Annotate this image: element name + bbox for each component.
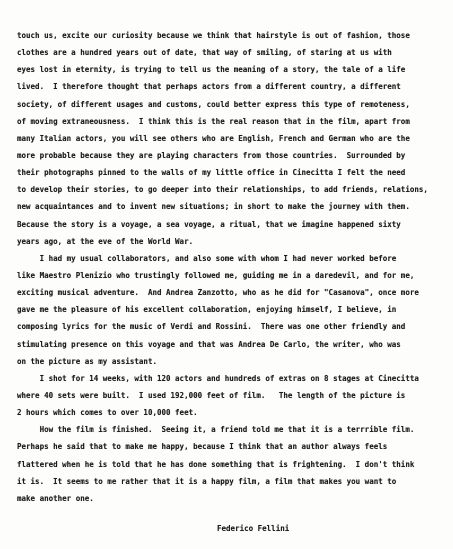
text-line: stimulating presence on this voyage and … bbox=[17, 336, 437, 353]
text-line: gave me the pleasure of his excellent co… bbox=[17, 301, 437, 318]
text-line: society, of different usages and customs… bbox=[17, 96, 437, 113]
text-line: many Italian actors, you will see others… bbox=[17, 130, 437, 147]
typewritten-text: touch us, excite our curiosity because w… bbox=[17, 27, 437, 507]
text-line: to develop their stories, to go deeper i… bbox=[17, 181, 437, 198]
text-line: where 40 sets were built. I used 192,000… bbox=[17, 387, 437, 404]
text-line: new acquaintances and to invent new situ… bbox=[17, 198, 437, 215]
text-line: How the film is finished. Seeing it, a f… bbox=[17, 421, 437, 438]
text-line: exciting musical adventure. And Andrea Z… bbox=[17, 284, 437, 301]
text-line: more probable because they are playing c… bbox=[17, 147, 437, 164]
text-line: on the picture as my assistant. bbox=[17, 353, 437, 370]
text-line: I had my usual collaborators, and also s… bbox=[17, 250, 437, 267]
text-line: eyes lost in eternity, is trying to tell… bbox=[17, 61, 437, 78]
text-line: make another one. bbox=[17, 490, 437, 507]
text-line: flattered when he is told that he has do… bbox=[17, 456, 437, 473]
document-page: touch us, excite our curiosity because w… bbox=[0, 0, 453, 549]
text-line: Because the story is a voyage, a sea voy… bbox=[17, 216, 437, 233]
text-line: clothes are a hundred years out of date,… bbox=[17, 44, 437, 61]
text-line: composing lyrics for the music of Verdi … bbox=[17, 318, 437, 335]
text-line: their photographs pinned to the walls of… bbox=[17, 164, 437, 181]
text-line: like Maestro Plenizio who trustingly fol… bbox=[17, 267, 437, 284]
text-line: Perhaps he said that to make me happy, b… bbox=[17, 438, 437, 455]
text-line: 2 hours which comes to over 10,000 feet. bbox=[17, 404, 437, 421]
text-line: I shot for 14 weeks, with 120 actors and… bbox=[17, 370, 437, 387]
text-line: of moving extraneousness. I think this i… bbox=[17, 113, 437, 130]
text-line: it is. It seems to me rather that it is … bbox=[17, 473, 437, 490]
text-line: years ago, at the eve of the World War. bbox=[17, 233, 437, 250]
text-line: lived. I therefore thought that perhaps … bbox=[17, 78, 437, 95]
text-line: touch us, excite our curiosity because w… bbox=[17, 27, 437, 44]
signature: Federico Fellini bbox=[17, 524, 437, 533]
